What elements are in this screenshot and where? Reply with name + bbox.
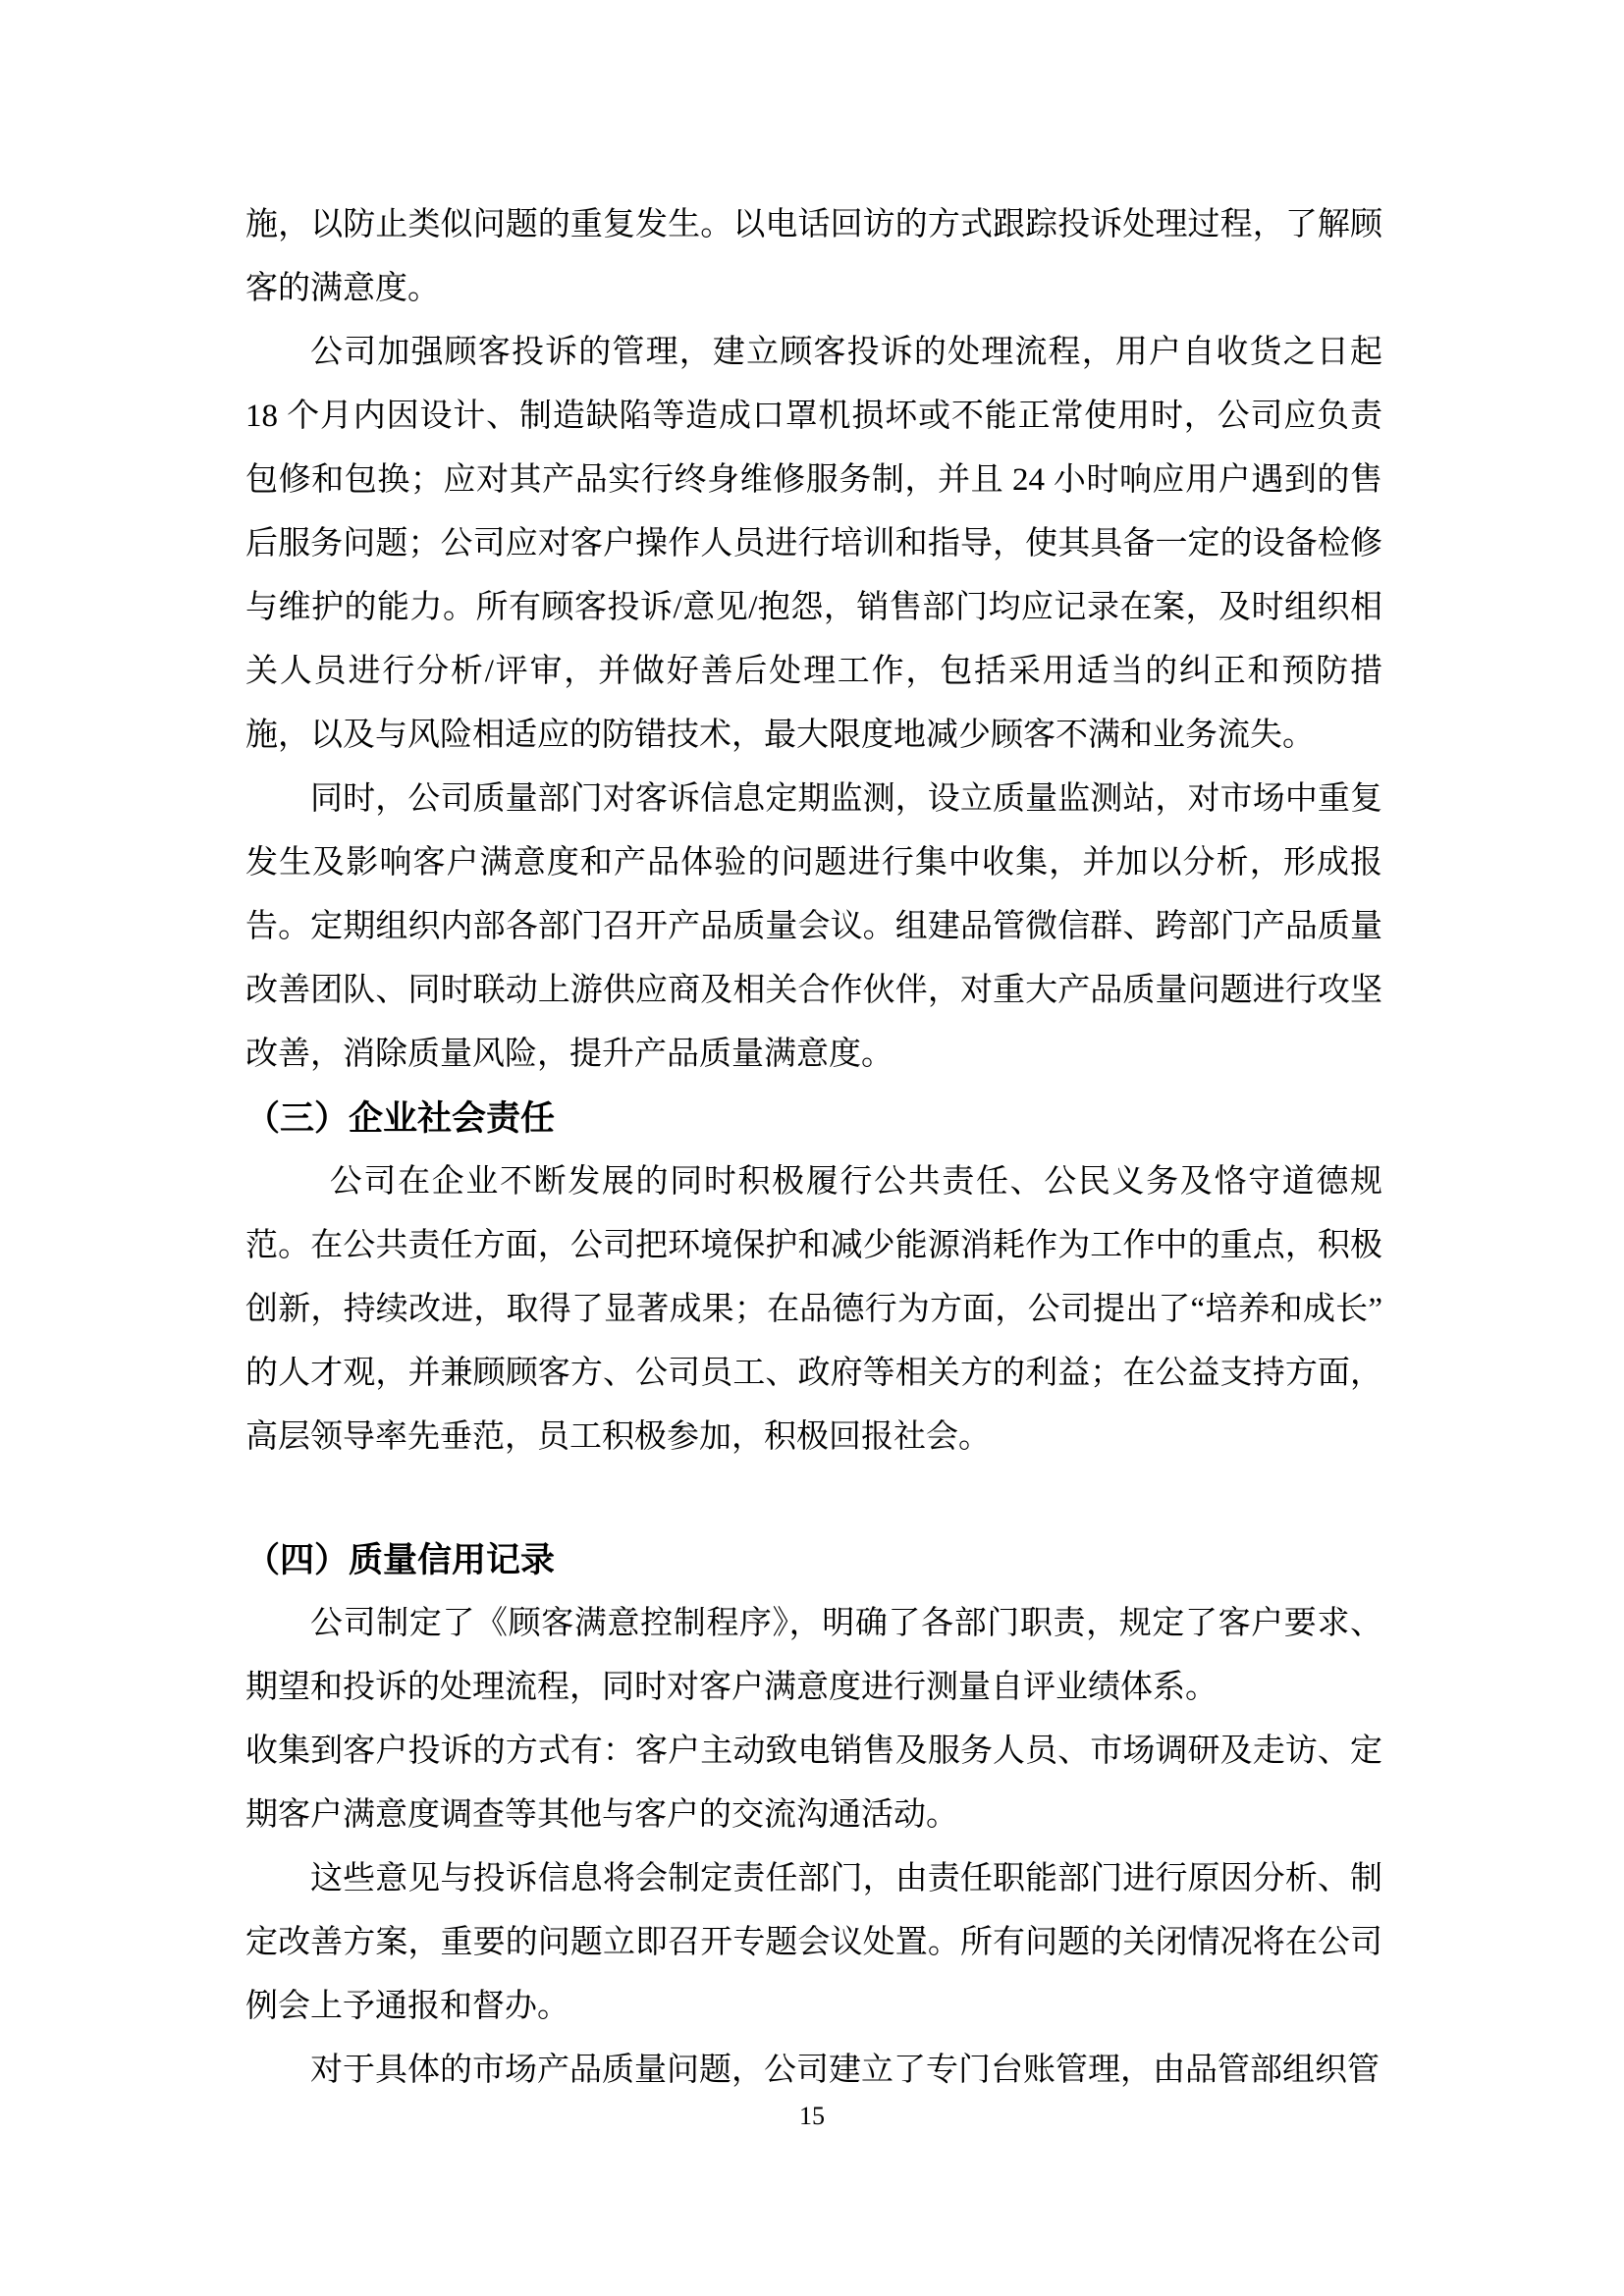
paragraph-complaint-management: 公司加强顾客投诉的管理，建立顾客投诉的处理流程，用户自收货之日起 18 个月内因… xyxy=(245,321,1382,768)
paragraph-complaint-collection-methods: 收集到客户投诉的方式有：客户主动致电销售及服务人员、市场调研及走访、定期客户满意… xyxy=(245,1720,1382,1847)
section-heading-3-social-responsibility: （三）企业社会责任 xyxy=(245,1087,1382,1150)
paragraph-ledger-management: 对于具体的市场产品质量问题，公司建立了专门台账管理，由品管部组织管 xyxy=(245,2039,1382,2103)
paragraph-quality-monitoring: 同时，公司质量部门对客诉信息定期监测，设立质量监测站，对市场中重复发生及影响客户… xyxy=(245,768,1382,1087)
page-number: 15 xyxy=(0,2102,1624,2131)
section-heading-4-quality-credit-record: （四）质量信用记录 xyxy=(245,1528,1382,1592)
page-body: 施，以防止类似问题的重复发生。以电话回访的方式跟踪投诉处理过程，了解顾客的满意度… xyxy=(245,193,1382,2103)
document-page: 施，以防止类似问题的重复发生。以电话回访的方式跟踪投诉处理过程，了解顾客的满意度… xyxy=(0,0,1624,2296)
paragraph-customer-satisfaction-procedure: 公司制定了《顾客满意控制程序》，明确了各部门职责，规定了客户要求、期望和投诉的处… xyxy=(245,1592,1382,1720)
paragraph-responsibility-assignment: 这些意见与投诉信息将会制定责任部门，由责任职能部门进行原因分析、制定改善方案，重… xyxy=(245,1847,1382,2039)
paragraph-social-responsibility: 公司在企业不断发展的同时积极履行公共责任、公民义务及恪守道德规范。在公共责任方面… xyxy=(245,1150,1382,1469)
paragraph-complaint-followup: 施，以防止类似问题的重复发生。以电话回访的方式跟踪投诉处理过程，了解顾客的满意度… xyxy=(245,193,1382,321)
